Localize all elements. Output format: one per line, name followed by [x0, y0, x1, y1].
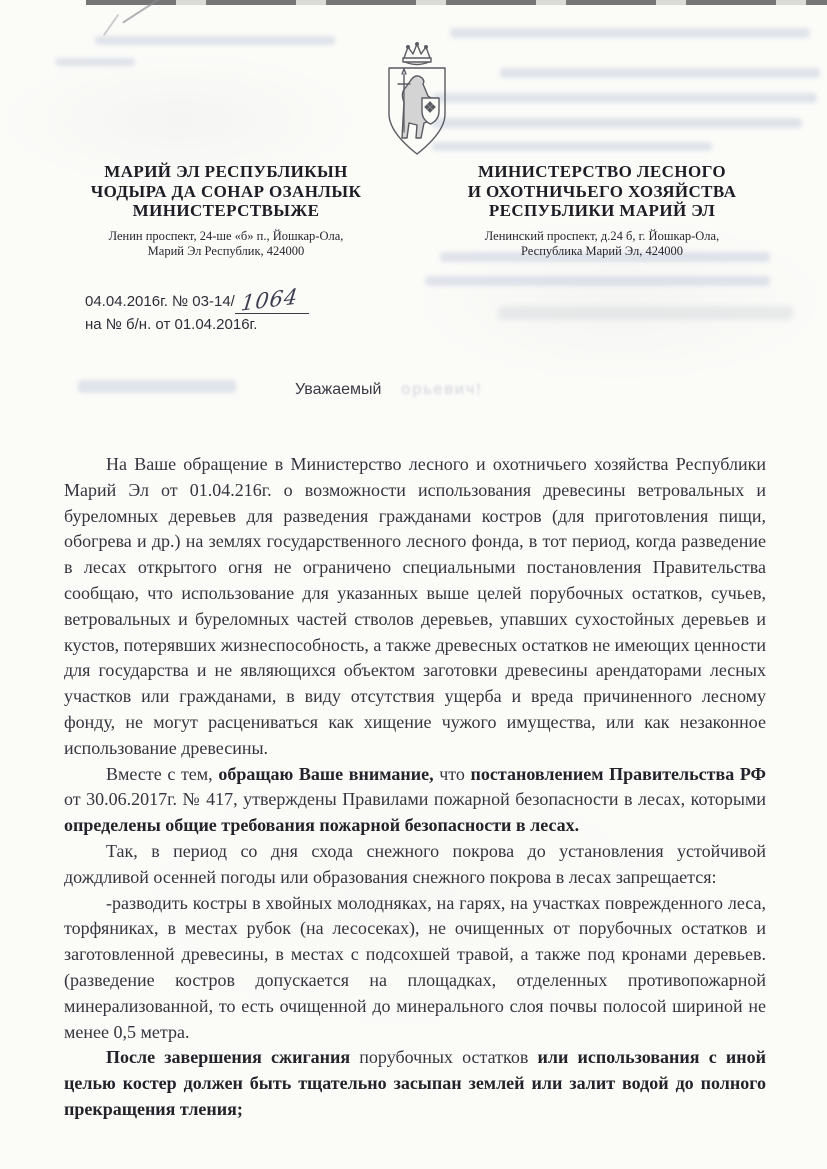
coat-of-arms-mari-el: [376, 42, 458, 160]
salutation-word: Уважаемый: [295, 381, 381, 398]
outgoing-reference-line: 04.04.2016г. № 03-14/1064: [85, 288, 309, 314]
handwritten-number: 1064: [240, 285, 300, 315]
handwritten-number-underline: 1064: [235, 288, 309, 314]
bleedthrough-artifact: [95, 36, 335, 45]
org-name-line: МИНИСТЕРСТВО ЛЕСНОГО: [418, 162, 786, 182]
bleedthrough-artifact: [78, 380, 236, 393]
body-paragraph: Так, в период со дня схода снежного покр…: [64, 839, 766, 891]
address-line: Ленин проспект, 24-ше «б» п., Йошкар-Ола…: [58, 229, 394, 245]
body-text-bold-segment: постановлением Правительства РФ: [471, 764, 766, 784]
letterhead-right-russian: МИНИСТЕРСТВО ЛЕСНОГО И ОХОТНИЧЬЕГО ХОЗЯЙ…: [418, 162, 786, 260]
bleedthrough-artifact: [432, 142, 712, 151]
body-text-segment: На Ваше обращение в Министерство лесного…: [64, 454, 766, 758]
bleedthrough-artifact: [55, 58, 135, 66]
salutation-line: Уважаемыйорьевич!: [295, 381, 483, 399]
org-address: Ленинский проспект, д.24 б, г. Йошкар-Ол…: [418, 229, 786, 260]
scanned-letter-page: МАРИЙ ЭЛ РЕСПУБЛИКЫН ЧОДЫРА ДА СОНАР ОЗА…: [0, 0, 827, 1169]
body-paragraph: Вместе с тем, обращаю Ваше внимание, что…: [64, 762, 766, 839]
incoming-reference-line: на № б/н. от 01.04.2016г.: [85, 314, 309, 336]
org-name-line: ЧОДЫРА ДА СОНАР ОЗАНЛЫК: [58, 182, 394, 202]
org-name-line: И ОХОТНИЧЬЕГО ХОЗЯЙСТВА: [418, 182, 786, 202]
body-text-segment: Вместе с тем,: [106, 764, 218, 784]
outgoing-number-prefix: 04.04.2016г. № 03-14/: [85, 293, 235, 310]
pen-mark-artifact: [103, 14, 120, 36]
body-text-bold-segment: После завершения сжигания: [106, 1047, 350, 1067]
org-name-line: МАРИЙ ЭЛ РЕСПУБЛИКЫН: [58, 162, 394, 182]
body-paragraph: После завершения сжигания порубочных ост…: [64, 1045, 766, 1122]
org-name-line: МИНИСТЕРСТВЫЖЕ: [58, 201, 394, 221]
bleedthrough-artifact: [432, 93, 817, 103]
body-text-segment: от 30.06.2017г. № 417, утверждены Правил…: [64, 789, 766, 809]
erased-recipient-name: орьевич!: [401, 381, 482, 399]
erased-text-smudge: [498, 306, 793, 320]
body-text-segment: порубочных остатков: [350, 1047, 537, 1067]
org-name-line: РЕСПУБЛИКИ МАРИЙ ЭЛ: [418, 201, 786, 221]
address-line: Республика Марий Эл, 424000: [418, 244, 786, 260]
letterhead-left-mari: МАРИЙ ЭЛ РЕСПУБЛИКЫН ЧОДЫРА ДА СОНАР ОЗА…: [58, 162, 394, 260]
address-line: Марий Эл Республик, 424000: [58, 244, 394, 260]
bleedthrough-artifact: [450, 28, 810, 38]
body-text-segment: -разводить костры в хвойных молодняках, …: [64, 893, 766, 1042]
body-text-segment: что: [434, 764, 471, 784]
body-text-segment: Так, в период со дня схода снежного покр…: [64, 841, 766, 887]
address-line: Ленинский проспект, д.24 б, г. Йошкар-Ол…: [418, 229, 786, 245]
bleedthrough-artifact: [425, 276, 770, 286]
reference-block: 04.04.2016г. № 03-14/1064 на № б/н. от 0…: [85, 288, 309, 336]
bleedthrough-artifact: [500, 68, 820, 78]
body-paragraph: На Ваше обращение в Министерство лесного…: [64, 452, 766, 762]
scan-edge-artifact: [86, 0, 827, 5]
body-paragraph: -разводить костры в хвойных молодняках, …: [64, 891, 766, 1046]
org-address: Ленин проспект, 24-ше «б» п., Йошкар-Ола…: [58, 229, 394, 260]
body-text-bold-segment: определены общие требования пожарной без…: [64, 815, 579, 835]
letter-body: На Ваше обращение в Министерство лесного…: [64, 452, 766, 1123]
body-text-bold-segment: обращаю Ваше внимание,: [218, 764, 433, 784]
bleedthrough-artifact: [432, 118, 802, 128]
